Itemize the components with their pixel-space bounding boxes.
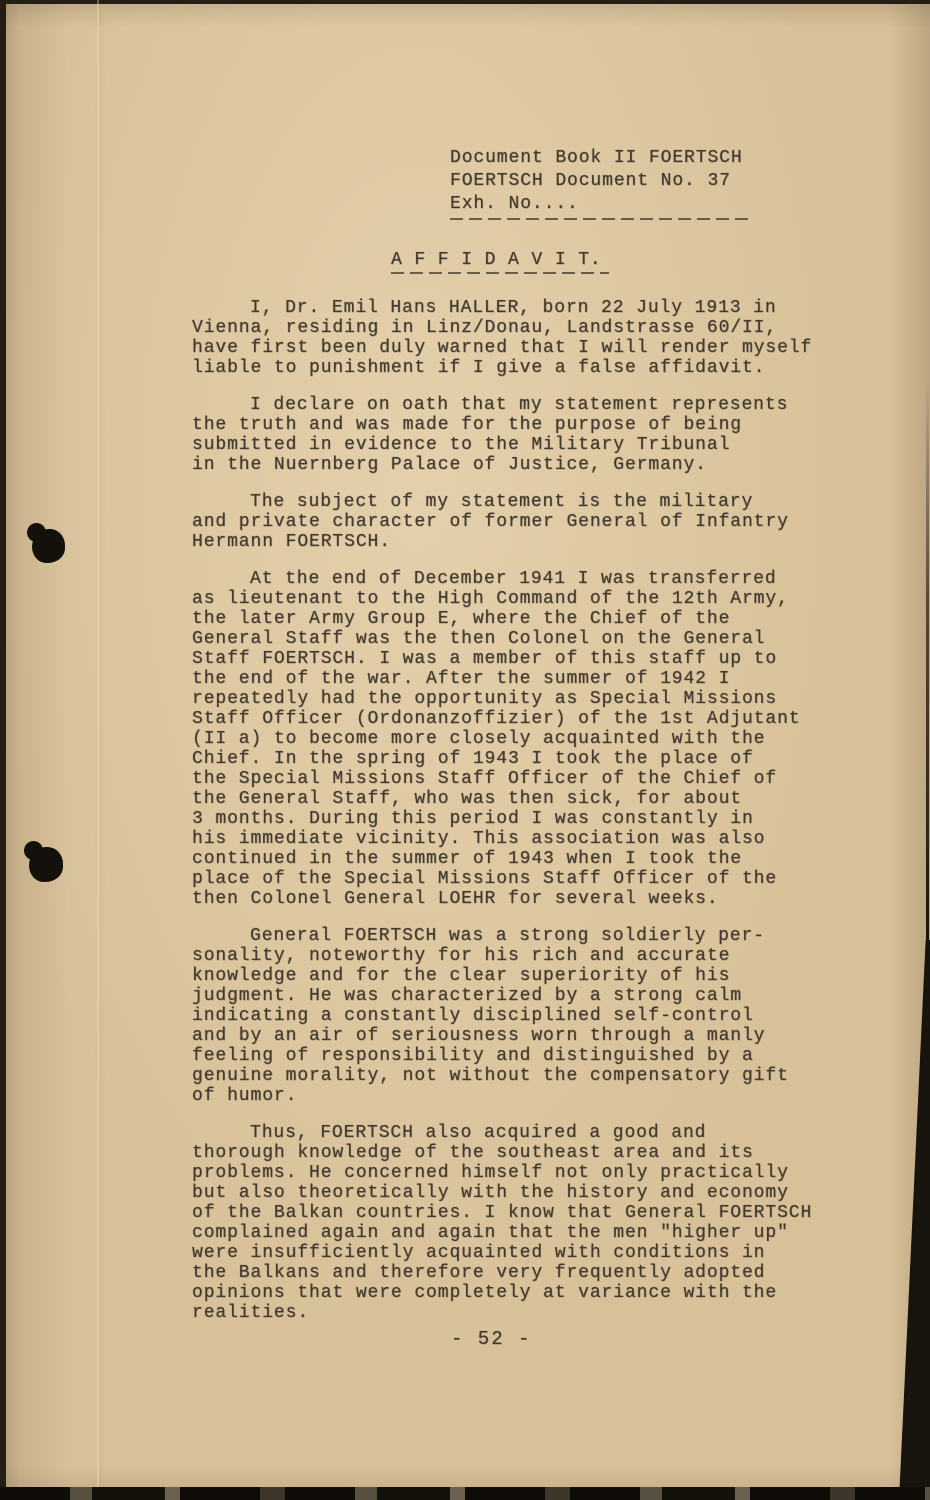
exhibit-underline [450, 218, 748, 220]
affidavit-paragraph: The subject of my statement is the milit… [192, 492, 852, 552]
punch-hole-bottom [29, 847, 63, 882]
affidavit-paragraph: General FOERTSCH was a strong soldierly … [192, 926, 852, 1106]
document-header: Document Book II FOERTSCH FOERTSCH Docum… [450, 147, 748, 220]
affidavit-paragraph: I, Dr. Emil Hans HALLER, born 22 July 19… [192, 298, 852, 378]
scan-edge-right-line [926, 380, 929, 950]
scan-edge-left [0, 0, 6, 1500]
affidavit-paragraph: At the end of December 1941 I was transf… [192, 569, 852, 909]
scan-edge-right-wedge [899, 940, 930, 1500]
page-number: - 52 - [451, 1328, 531, 1350]
header-document-number: FOERTSCH Document No. 37 [450, 170, 748, 193]
punch-hole-top [32, 529, 65, 563]
scanned-affidavit-page: Document Book II FOERTSCH FOERTSCH Docum… [0, 0, 930, 1500]
affidavit-title-block: A F F I D A V I T. [391, 250, 609, 274]
affidavit-body: I, Dr. Emil Hans HALLER, born 22 July 19… [192, 298, 852, 1340]
scan-edge-bottom [0, 1487, 930, 1500]
affidavit-paragraph: Thus, FOERTSCH also acquired a good and … [192, 1123, 852, 1323]
header-book-line: Document Book II FOERTSCH [450, 147, 748, 170]
header-exhibit-number: Exh. No.... [450, 193, 748, 216]
title-underline [391, 272, 609, 274]
scan-edge-top [0, 0, 930, 4]
affidavit-paragraph: I declare on oath that my statement repr… [192, 395, 852, 475]
page-title: A F F I D A V I T. [391, 250, 609, 271]
paper-crease [97, 0, 99, 1500]
